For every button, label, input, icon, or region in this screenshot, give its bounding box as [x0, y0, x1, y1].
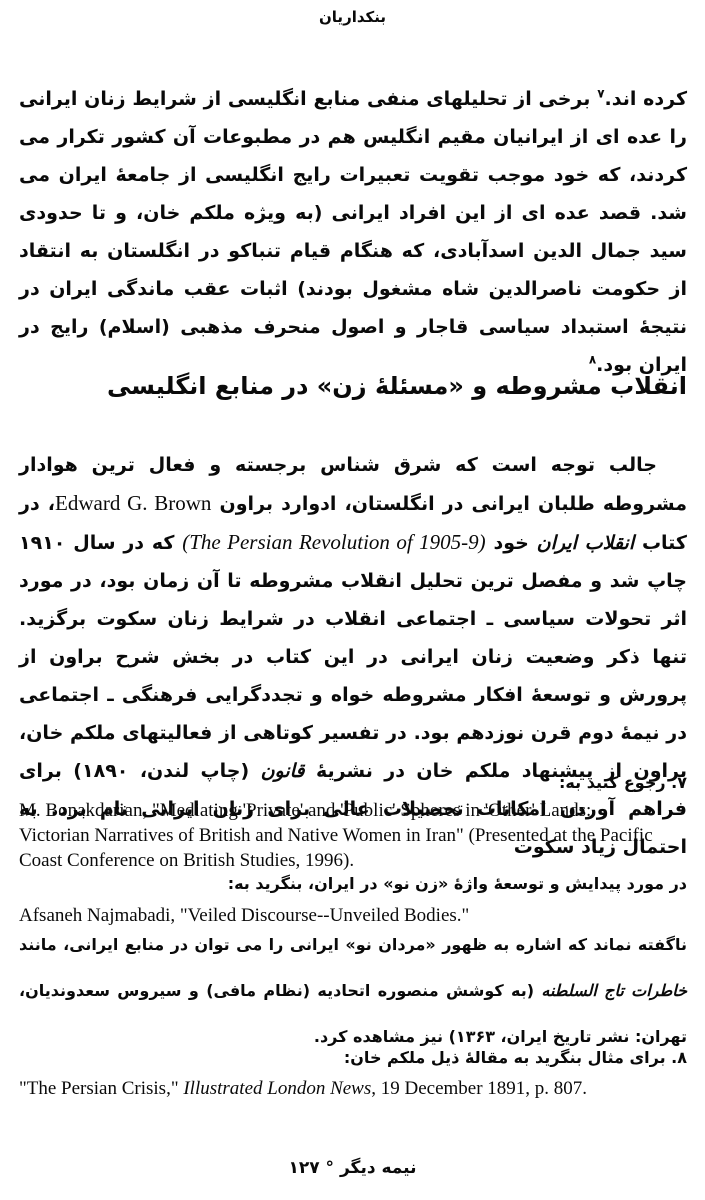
footnote-8-citation: "The Persian Crisis," Illustrated London…: [19, 1076, 659, 1101]
footnote-7-fa3-seg1: ناگفته نماند که اشاره به ظهور «مردان نو»…: [19, 935, 687, 954]
footnote-7-persian-note-2: ناگفته نماند که اشاره به ظهور «مردان نو»…: [19, 922, 687, 1060]
footnote-8-marker: ۸. برای مثال بنگرید به مقالهٔ ذیل ملکم خ…: [19, 1048, 687, 1067]
paragraph1-lead: کرده اند.: [605, 88, 687, 110]
paragraph-continued: کرده اند.۷ برخی از تحلیلهای منفی منابع ا…: [19, 80, 687, 384]
paragraph2-seg7: که در سال ۱۹۱۰ چاپ شد و مفصل ترین تحلیل …: [19, 532, 687, 782]
footnote-7-marker: ۷. رجوع کنید به:: [19, 773, 687, 792]
scanned-document-page: بنکداریان کرده اند.۷ برخی از تحلیلهای من…: [0, 0, 705, 1200]
book-title-taj-al-saltaneh: خاطرات تاج السلطنه: [541, 981, 687, 1000]
paragraph1-text: برخی از تحلیلهای منفی منابع انگلیسی از ش…: [19, 88, 687, 376]
running-header-author: بنکداریان: [0, 8, 705, 26]
section-heading: انقلاب مشروطه و «مسئلهٔ زن» در منابع انگ…: [19, 372, 687, 400]
page-footer-journal-page-number: نیمه دیگر ° ۱۲۷: [0, 1158, 705, 1178]
footnote-7-citation-bonakdarian: M. Bonakdarian, "Mediating 'Private' and…: [19, 798, 659, 873]
footnote-8-citation-rest: , 19 December 1891, p. 807.: [371, 1078, 587, 1099]
footnote-7-reference: ۷: [597, 87, 604, 101]
book-title-latin: (The Persian Revolution of 1905-9): [182, 530, 485, 554]
author-name-latin: Edward G. Brown: [55, 491, 211, 515]
book-title-persian: انقلاب ایران: [537, 532, 635, 554]
paragraph2-seg5: خود: [486, 532, 537, 554]
footnote-8-article-title: "The Persian Crisis,": [19, 1078, 183, 1099]
journal-title-illustrated-london-news: Illustrated London News: [183, 1078, 371, 1099]
footnote-7-persian-note: در مورد پیدایش و توسعهٔ واژهٔ «زن نو» در…: [19, 874, 687, 893]
